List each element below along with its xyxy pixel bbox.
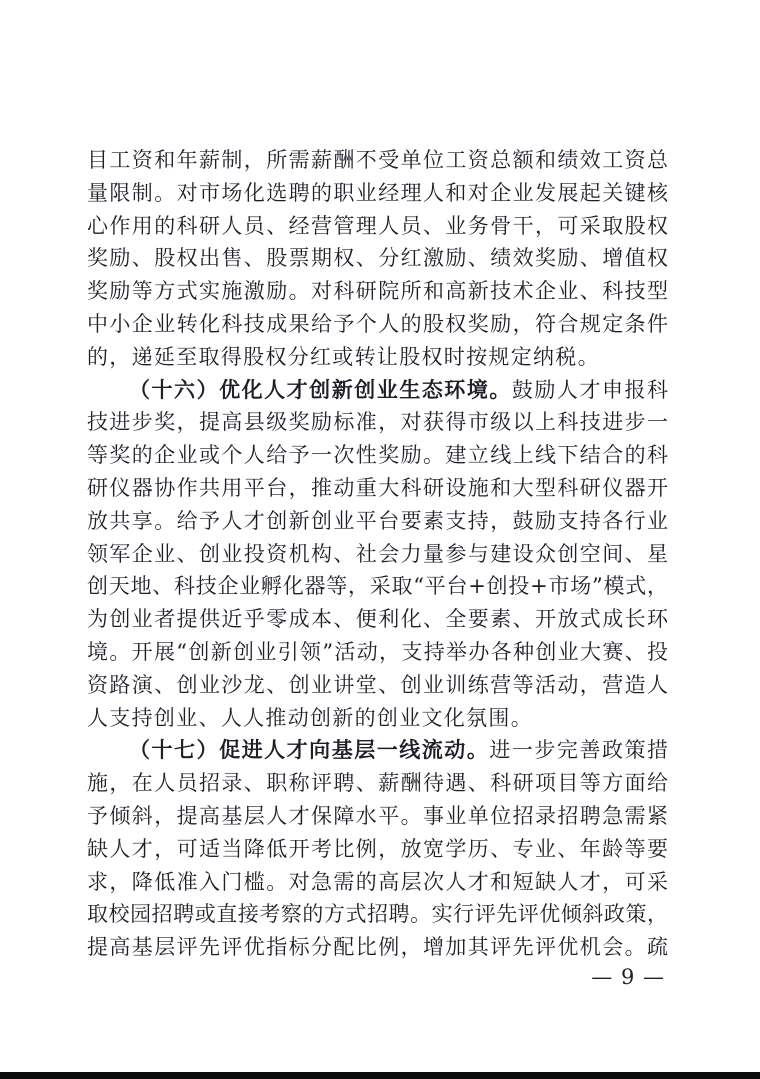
text-line: 予倾斜，提高基层人才保障水平。事业单位招录招聘急需紧 [87, 800, 668, 833]
text-line: 目工资和年薪制，所需薪酬不受单位工资总额和绩效工资总 [87, 144, 668, 177]
text-line: 人支持创业、人人推动创新的创业文化氛围。 [87, 702, 668, 735]
scan-edge-artifact [0, 1072, 760, 1079]
text-line: 提高基层评先评优指标分配比例，增加其评先评优机会。疏 [87, 931, 668, 964]
text-line: 量限制。对市场化选聘的职业经理人和对企业发展起关键核 [87, 177, 668, 210]
line-text: 中小企业转化科技成果给予个人的股权奖励，符合规定条件 [87, 312, 668, 336]
line-text: 提高基层评先评优指标分配比例，增加其评先评优机会。疏 [87, 935, 668, 959]
text-line: 心作用的科研人员、经营管理人员、业务骨干，可采取股权 [87, 210, 668, 243]
line-text: 的，递延至取得股权分红或转让股权时按规定纳税。 [87, 345, 600, 369]
text-line: 中小企业转化科技成果给予个人的股权奖励，符合规定条件 [87, 308, 668, 341]
text-line: 境。开展“创新创业引领”活动，支持举办各种创业大赛、投 [87, 636, 668, 669]
line-text: 求，降低准入门槛。对急需的高层次人才和短缺人才，可采 [87, 870, 668, 894]
text-line: 的，递延至取得股权分红或转让股权时按规定纳税。 [87, 341, 668, 374]
line-text: 鼓励人才申报科 [512, 378, 668, 402]
text-line: 领军企业、创业投资机构、社会力量参与建设众创空间、星 [87, 538, 668, 571]
paragraph-heading: （十六）优化人才创新创业生态环境。 [129, 377, 512, 402]
text-line: 等奖的企业或个人给予一次性奖励。建立线上线下结合的科 [87, 439, 668, 472]
text-line: 缺人才，可适当降低开考比例，放宽学历、专业、年龄等要 [87, 833, 668, 866]
text-line: 施，在人员招录、职称评聘、薪酬待遇、科研项目等方面给 [87, 767, 668, 800]
paragraph-heading-line: （十六）优化人才创新创业生态环境。鼓励人才申报科 [87, 374, 668, 407]
line-text: 领军企业、创业投资机构、社会力量参与建设众创空间、星 [87, 542, 668, 566]
line-text: 研仪器协作共用平台，推动重大科研设施和大型科研仪器开 [87, 476, 668, 500]
line-text: 资路演、创业沙龙、创业讲堂、创业训练营等活动，营造人 [87, 673, 668, 697]
text-line: 放共享。给予人才创新创业平台要素支持，鼓励支持各行业 [87, 505, 668, 538]
document-text-block: 目工资和年薪制，所需薪酬不受单位工资总额和绩效工资总量限制。对市场化选聘的职业经… [87, 144, 668, 964]
line-text: 为创业者提供近乎零成本、便利化、全要素、开放式成长环 [87, 607, 668, 631]
line-text: 量限制。对市场化选聘的职业经理人和对企业发展起关键核 [87, 181, 668, 205]
line-text: 取校园招聘或直接考察的方式招聘。实行评先评优倾斜政策， [87, 902, 668, 926]
line-text: 缺人才，可适当降低开考比例，放宽学历、专业、年龄等要 [87, 837, 668, 861]
line-text: 技进步奖，提高县级奖励标准，对获得市级以上科技进步一 [87, 410, 668, 434]
line-text: 奖励、股权出售、股票期权、分红激励、绩效奖励、增值权 [87, 246, 668, 270]
text-line: 取校园招聘或直接考察的方式招聘。实行评先评优倾斜政策， [87, 898, 668, 931]
text-line: 奖励、股权出售、股票期权、分红激励、绩效奖励、增值权 [87, 242, 668, 275]
text-line: 研仪器协作共用平台，推动重大科研设施和大型科研仪器开 [87, 472, 668, 505]
text-line: 为创业者提供近乎零成本、便利化、全要素、开放式成长环 [87, 603, 668, 636]
text-line: 资路演、创业沙龙、创业讲堂、创业训练营等活动，营造人 [87, 669, 668, 702]
line-text: 人支持创业、人人推动创新的创业文化氛围。 [87, 706, 533, 730]
line-text: 进一步完善政策措 [489, 738, 668, 762]
line-text: 予倾斜，提高基层人才保障水平。事业单位招录招聘急需紧 [87, 804, 668, 828]
line-text: 心作用的科研人员、经营管理人员、业务骨干，可采取股权 [87, 214, 668, 238]
line-text: 施，在人员招录、职称评聘、薪酬待遇、科研项目等方面给 [87, 771, 668, 795]
line-text: 等奖的企业或个人给予一次性奖励。建立线上线下结合的科 [87, 443, 668, 467]
document-page: 目工资和年薪制，所需薪酬不受单位工资总额和绩效工资总量限制。对市场化选聘的职业经… [0, 0, 760, 1079]
line-text: 境。开展“创新创业引领”活动，支持举办各种创业大赛、投 [87, 640, 668, 664]
line-text: 奖励等方式实施激励。对科研院所和高新技术企业、科技型 [87, 279, 668, 303]
paragraph-heading-line: （十七）促进人才向基层一线流动。进一步完善政策措 [87, 734, 668, 767]
page-number: — 9 — [591, 961, 665, 993]
line-text: 目工资和年薪制，所需薪酬不受单位工资总额和绩效工资总 [87, 148, 668, 172]
text-line: 创天地、科技企业孵化器等，采取“平台+创投+市场”模式， [87, 570, 668, 603]
text-line: 求，降低准入门槛。对急需的高层次人才和短缺人才，可采 [87, 866, 668, 899]
text-line: 技进步奖，提高县级奖励标准，对获得市级以上科技进步一 [87, 406, 668, 439]
text-line: 奖励等方式实施激励。对科研院所和高新技术企业、科技型 [87, 275, 668, 308]
line-text: 放共享。给予人才创新创业平台要素支持，鼓励支持各行业 [87, 509, 668, 533]
line-text: 创天地、科技企业孵化器等，采取“平台+创投+市场”模式， [87, 574, 668, 598]
paragraph-heading: （十七）促进人才向基层一线流动。 [129, 737, 489, 762]
